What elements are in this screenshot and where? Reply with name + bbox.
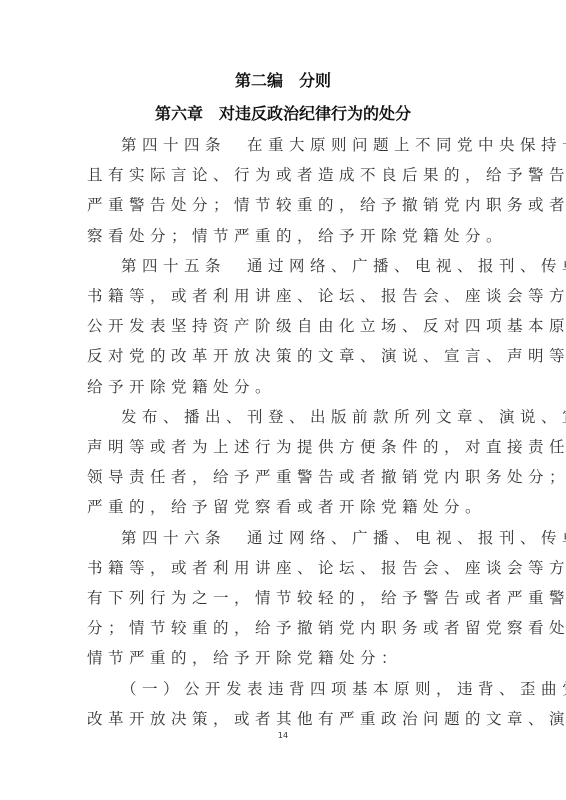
- page-number: 14: [0, 731, 566, 740]
- text-line: 声明等或者为上述行为提供方便条件的，对直接责任者和: [87, 435, 467, 457]
- document-page: 第二编分则 第六章对违反政治纪律行为的处分 第四十四条 在重大原则问题上不同党中…: [0, 0, 566, 800]
- chapter-number: 第六章: [155, 104, 203, 123]
- text-line: 第四十四条 在重大原则问题上不同党中央保持一致: [121, 133, 501, 155]
- text-line: 且有实际言论、行为或者造成不良后果的，给予警告或者: [87, 163, 467, 185]
- text-line: 反对党的改革开放决策的文章、演说、宣言、声明等的，: [87, 344, 467, 366]
- text-line: 书籍等，或者利用讲座、论坛、报告会、座谈会等方式，: [87, 284, 467, 306]
- text-line: 公开发表坚持资产阶级自由化立场、反对四项基本原则，: [87, 314, 467, 336]
- text-line: （一）公开发表违背四项基本原则，违背、歪曲党的: [121, 677, 501, 699]
- part-name: 分则: [299, 71, 331, 90]
- text-line: 严重警告处分；情节较重的，给予撤销党内职务或者留党: [87, 193, 467, 215]
- chapter-title: 第六章对违反政治纪律行为的处分: [0, 101, 566, 124]
- text-line: 第四十六条 通过网络、广播、电视、报刊、传单、: [121, 526, 501, 548]
- text-line: 察看处分；情节严重的，给予开除党籍处分。: [87, 224, 467, 246]
- text-line: 情节严重的，给予开除党籍处分：: [87, 646, 467, 668]
- text-line: 领导责任者，给予严重警告或者撤销党内职务处分；情节: [87, 465, 467, 487]
- text-line: 发布、播出、刊登、出版前款所列文章、演说、宣言、: [121, 405, 501, 427]
- part-number: 第二编: [235, 71, 283, 90]
- text-line: 分；情节较重的，给予撤销党内职务或者留党察看处分；: [87, 616, 467, 638]
- text-line: 有下列行为之一，情节较轻的，给予警告或者严重警告处: [87, 586, 467, 608]
- text-line: 改革开放决策，或者其他有严重政治问题的文章、演说、: [87, 707, 467, 729]
- text-line: 严重的，给予留党察看或者开除党籍处分。: [87, 495, 467, 517]
- text-line: 第四十五条 通过网络、广播、电视、报刊、传单、: [121, 254, 501, 276]
- text-line: 给予开除党籍处分。: [87, 375, 467, 397]
- text-line: 书籍等，或者利用讲座、论坛、报告会、座谈会等方式，: [87, 556, 467, 578]
- part-title: 第二编分则: [0, 68, 566, 91]
- chapter-name: 对违反政治纪律行为的处分: [219, 104, 411, 123]
